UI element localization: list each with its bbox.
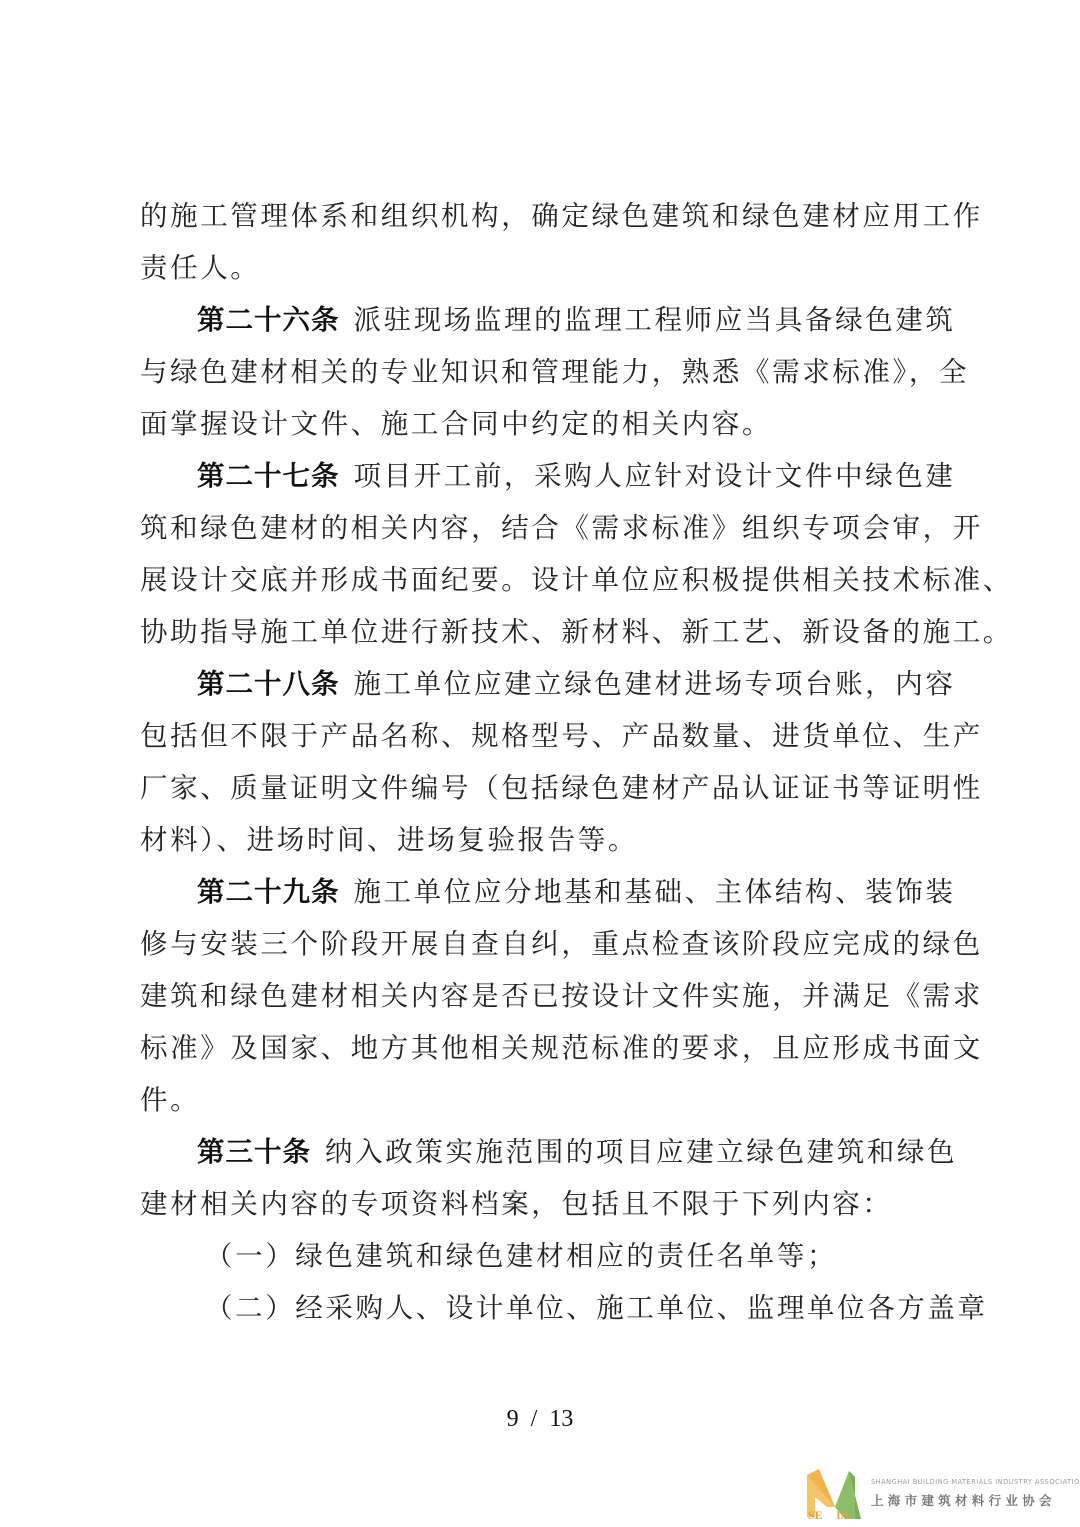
article-number: 第二十八条 — [197, 668, 340, 700]
line-text: 项目开工前，采购人应针对设计文件中绿色建 — [354, 460, 956, 492]
text-line: 筑和绿色建材的相关内容，结合《需求标准》组织专项会审，开 — [140, 502, 945, 554]
line-text: 施工单位应分地基和基础、主体结构、装饰装 — [354, 876, 956, 908]
svg-text:SE: SE — [808, 1508, 823, 1522]
line-text: 包括但不限于产品名称、规格型号、产品数量、进货单位、生产 — [140, 720, 983, 752]
article-first-line: 第二十八条施工单位应建立绿色建材进场专项台账，内容 — [197, 658, 945, 710]
text-line: 件。 — [140, 1074, 945, 1126]
document-page: 的施工管理体系和组织机构，确定绿色建筑和绿色建材应用工作责任人。第二十六条派驻现… — [0, 0, 1080, 1527]
line-text: （一）绿色建筑和绿色建材相应的责任名单等； — [205, 1240, 837, 1272]
page-number: 9 / 13 — [0, 1406, 1080, 1433]
line-text: 面掌握设计文件、施工合同中约定的相关内容。 — [140, 408, 772, 440]
line-text: 的施工管理体系和组织机构，确定绿色建筑和绿色建材应用工作 — [140, 200, 983, 232]
list-item: （一）绿色建筑和绿色建材相应的责任名单等； — [205, 1230, 945, 1282]
logo-english-name: SHANGHAI BUILDING MATERIALS INDUSTRY ASS… — [871, 1478, 1080, 1486]
article-first-line: 第二十七条项目开工前，采购人应针对设计文件中绿色建 — [197, 450, 945, 502]
article-number: 第二十六条 — [197, 304, 340, 336]
line-text: 展设计交底并形成书面纪要。设计单位应积极提供相关技术标准、 — [140, 564, 1013, 596]
text-line: 建筑和绿色建材相关内容是否已按设计文件实施，并满足《需求 — [140, 970, 945, 1022]
list-item: （二）经采购人、设计单位、施工单位、监理单位各方盖章 — [205, 1282, 945, 1334]
text-line: 展设计交底并形成书面纪要。设计单位应积极提供相关技术标准、 — [140, 554, 945, 606]
logo-chinese-name: 上海市建筑材料行业协会 — [871, 1491, 1056, 1509]
svg-text:IA: IA — [836, 1508, 850, 1522]
text-line: 与绿色建材相关的专业知识和管理能力，熟悉《需求标准》，全 — [140, 346, 945, 398]
text-line: 责任人。 — [140, 242, 945, 294]
line-text: 标准》及国家、地方其他相关规范标准的要求，且应形成书面文 — [140, 1032, 983, 1064]
text-line: 面掌握设计文件、施工合同中约定的相关内容。 — [140, 398, 945, 450]
line-text: 纳入政策实施范围的项目应建立绿色建筑和绿色 — [325, 1136, 957, 1168]
line-text: 责任人。 — [140, 252, 260, 284]
line-text: 建材相关内容的专项资料档案，包括且不限于下列内容： — [140, 1188, 893, 1220]
article-number: 第二十九条 — [197, 876, 340, 908]
line-text: 派驻现场监理的监理工程师应当具备绿色建筑 — [354, 304, 956, 336]
line-text: （二）经采购人、设计单位、施工单位、监理单位各方盖章 — [205, 1292, 988, 1324]
line-text: 筑和绿色建材的相关内容，结合《需求标准》组织专项会审，开 — [140, 512, 983, 544]
semia-logo-icon: SE IA — [805, 1467, 863, 1523]
article-first-line: 第三十条纳入政策实施范围的项目应建立绿色建筑和绿色 — [197, 1126, 945, 1178]
line-text: 协助指导施工单位进行新技术、新材料、新工艺、新设备的施工。 — [140, 616, 1013, 648]
line-text: 件。 — [140, 1084, 200, 1116]
text-line: 厂家、质量证明文件编号（包括绿色建材产品认证证书等证明性 — [140, 762, 945, 814]
text-line: 材料）、进场时间、进场复验报告等。 — [140, 814, 945, 866]
article-first-line: 第二十六条派驻现场监理的监理工程师应当具备绿色建筑 — [197, 294, 945, 346]
article-number: 第二十七条 — [197, 460, 340, 492]
line-text: 与绿色建材相关的专业知识和管理能力，熟悉《需求标准》，全 — [140, 356, 969, 388]
text-line: 包括但不限于产品名称、规格型号、产品数量、进货单位、生产 — [140, 710, 945, 762]
line-text: 建筑和绿色建材相关内容是否已按设计文件实施，并满足《需求 — [140, 980, 983, 1012]
line-text: 厂家、质量证明文件编号（包括绿色建材产品认证证书等证明性 — [140, 772, 983, 804]
text-line: 协助指导施工单位进行新技术、新材料、新工艺、新设备的施工。 — [140, 606, 945, 658]
text-line: 的施工管理体系和组织机构，确定绿色建筑和绿色建材应用工作 — [140, 190, 945, 242]
line-text: 修与安装三个阶段开展自查自纠，重点检查该阶段应完成的绿色 — [140, 928, 983, 960]
line-text: 施工单位应建立绿色建材进场专项台账，内容 — [354, 668, 956, 700]
text-line: 标准》及国家、地方其他相关规范标准的要求，且应形成书面文 — [140, 1022, 945, 1074]
article-first-line: 第二十九条施工单位应分地基和基础、主体结构、装饰装 — [197, 866, 945, 918]
association-logo: SE IA SHANGHAI BUILDING MATERIALS INDUST… — [805, 1467, 1075, 1525]
text-line: 建材相关内容的专项资料档案，包括且不限于下列内容： — [140, 1178, 945, 1230]
text-line: 修与安装三个阶段开展自查自纠，重点检查该阶段应完成的绿色 — [140, 918, 945, 970]
line-text: 材料）、进场时间、进场复验报告等。 — [140, 824, 638, 856]
article-number: 第三十条 — [197, 1136, 311, 1168]
